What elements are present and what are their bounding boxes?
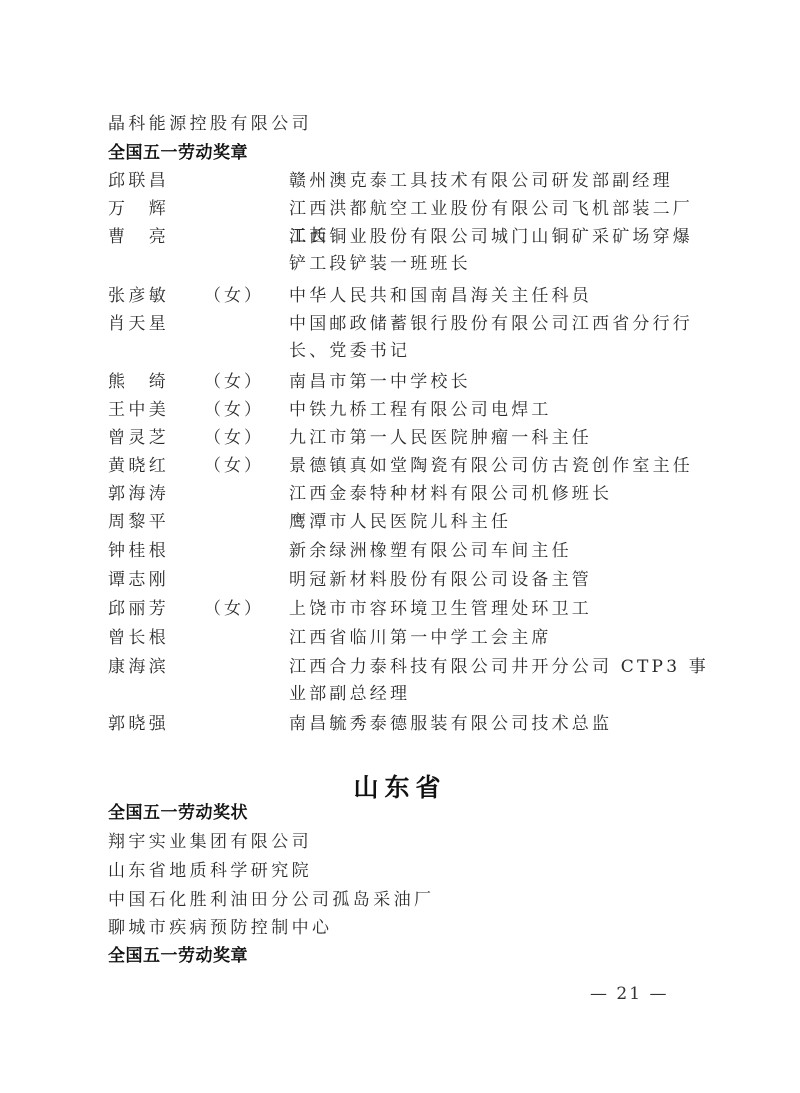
person-name: 黄晓红 — [108, 453, 169, 480]
person-title: 南昌毓秀泰德服装有限公司技术总监 — [289, 711, 709, 738]
gender-note: （女） — [204, 369, 264, 396]
gender-note: （女） — [204, 283, 264, 310]
person-title: 明冠新材料股份有限公司设备主管 — [289, 567, 709, 594]
person-name: 郭海涛 — [108, 481, 169, 508]
person-title: 赣州澳克泰工具技术有限公司研发部副经理 — [289, 168, 709, 195]
person-name: 邱丽芳 — [108, 596, 169, 623]
org-item: 聊城市疾病预防控制中心 — [108, 915, 332, 942]
person-title: 鹰潭市人民医院儿科主任 — [289, 509, 709, 536]
person-name: 曾灵芝 — [108, 425, 169, 452]
person-name: 熊 绮 — [108, 369, 169, 396]
person-name: 王中美 — [108, 397, 169, 424]
document-page: 晶科能源控股有限公司 全国五一劳动奖章 邱联昌 赣州澳克泰工具技术有限公司研发部… — [0, 0, 800, 1093]
person-title: 九江市第一人民医院肿瘤一科主任 — [289, 425, 709, 452]
section-heading-shandong-medal: 全国五一劳动奖章 — [108, 943, 248, 970]
person-title: 江西省临川第一中学工会主席 — [289, 625, 709, 652]
section-heading-shandong-certificate: 全国五一劳动奖状 — [108, 800, 248, 827]
person-title: 江西金泰特种材料有限公司机修班长 — [289, 481, 709, 508]
section-heading-jiangxi-medal: 全国五一劳动奖章 — [108, 140, 248, 167]
person-title: 中国邮政储蓄银行股份有限公司江西省分行行长、党委书记 — [289, 311, 709, 365]
person-name: 万 辉 — [108, 196, 169, 223]
person-name: 钟桂根 — [108, 538, 169, 565]
person-title: 新余绿洲橡塑有限公司车间主任 — [289, 538, 709, 565]
person-title: 中华人民共和国南昌海关主任科员 — [289, 283, 709, 310]
person-title: 江西铜业股份有限公司城门山铜矿采矿场穿爆铲工段铲装一班班长 — [289, 224, 709, 278]
org-item: 翔宇实业集团有限公司 — [108, 829, 312, 856]
person-name: 谭志刚 — [108, 567, 169, 594]
person-name: 肖天星 — [108, 311, 169, 338]
person-title: 南昌市第一中学校长 — [289, 369, 709, 396]
province-title: 山东省 — [0, 768, 800, 804]
person-name: 郭晓强 — [108, 711, 169, 738]
person-title: 江西合力泰科技有限公司井开分公司 CTP3 事业部副总经理 — [289, 654, 709, 708]
gender-note: （女） — [204, 425, 264, 452]
org-item: 山东省地质科学研究院 — [108, 858, 312, 885]
person-title: 上饶市市容环境卫生管理处环卫工 — [289, 596, 709, 623]
page-number: — 21 — — [590, 984, 668, 1004]
person-name: 康海滨 — [108, 654, 169, 681]
person-name: 张彦敏 — [108, 283, 169, 310]
person-name: 曾长根 — [108, 625, 169, 652]
gender-note: （女） — [204, 453, 264, 480]
continuation-org: 晶科能源控股有限公司 — [108, 111, 312, 138]
person-title: 中铁九桥工程有限公司电焊工 — [289, 397, 709, 424]
gender-note: （女） — [204, 596, 264, 623]
person-title: 景德镇真如堂陶瓷有限公司仿古瓷创作室主任 — [289, 453, 709, 480]
person-name: 周黎平 — [108, 509, 169, 536]
person-name: 邱联昌 — [108, 168, 169, 195]
gender-note: （女） — [204, 397, 264, 424]
person-name: 曹 亮 — [108, 224, 169, 251]
org-item: 中国石化胜利油田分公司孤岛采油厂 — [108, 887, 434, 914]
